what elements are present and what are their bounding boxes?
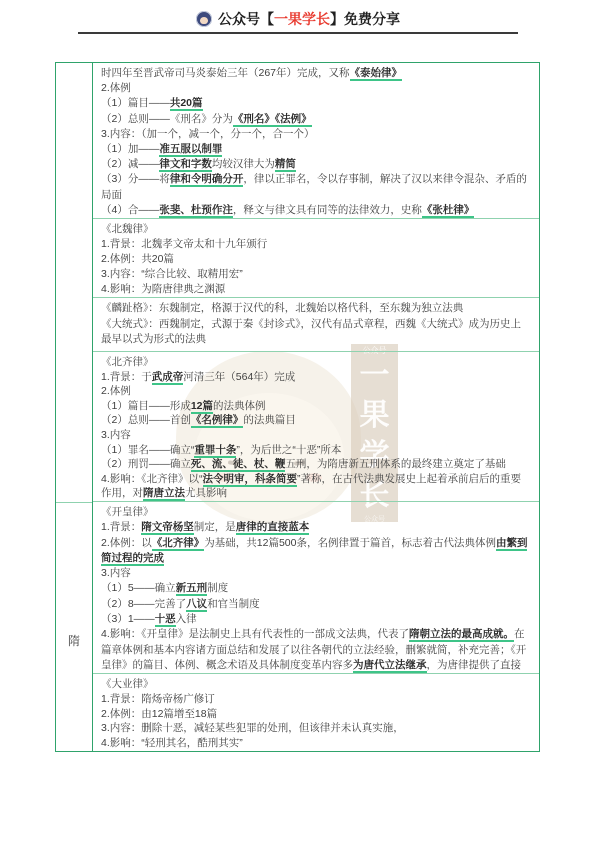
text-segment: 3.内容 [101,429,131,441]
text-line: （2）刑罚——确立死、流、徒、杖、鞭五刑，为隋唐新五刑体系的最终建立奠定了基础 [101,457,531,472]
text-segment: 4.影响：为隋唐律典之渊源 [101,283,225,295]
text-segment: （2）减—— [101,158,159,170]
key-term: 《北齐律》 [152,537,205,551]
key-term: 隋唐立法 [143,487,185,501]
text-segment: 《麟趾格》：东魏制定，格源于汉代的科，北魏始以格代科，至东魏为独立法典 [101,302,463,314]
text-line: 3.内容 [101,428,531,443]
text-line: （2）减——律文和字数均较汉律大为精简 [101,157,531,172]
text-line: （1）5——确立新五刑制度 [101,581,531,596]
dynasty-column: 隋 [56,63,93,751]
key-term: 武成帝 [152,371,184,385]
text-line: （3）分——将律和令明确分开，律以正罪名，令以存事制，解决了汉以来律令混杂、矛盾… [101,172,531,202]
text-line: 4.影响：为隋唐律典之渊源 [101,282,531,297]
key-term: 隋文帝杨坚 [141,521,194,535]
text-segment: 1.背景：隋炀帝杨广修订 [101,693,215,705]
text-segment: 2.体例 [101,82,131,94]
text-segment: （3）分——将 [101,173,170,185]
text-segment: 时四年至晋武帝司马炎泰始三年（267年）完成，又称 [101,67,350,79]
header-suffix: 】免费分享 [330,11,400,27]
table-row: 《大业律》1.背景：隋炀帝杨广修订2.体例：由12篇增至18篇3.内容：删除十恶… [93,674,539,751]
text-segment: （3）1—— [101,613,155,625]
key-term: 准五服以制罪 [159,143,222,157]
text-segment: （2）8——完善了 [101,598,186,610]
text-line: （4）合——张斐、杜预作注，释文与律文具有同等的法律效力，史称《张杜律》 [101,203,531,218]
text-line: 1.背景：于武成帝河清三年（564年）完成 [101,370,531,385]
key-term: 精简 [275,158,296,172]
key-term: 律文和字数 [159,158,212,172]
key-term: 十恶 [155,613,176,627]
text-segment: （2）总则——首创 [101,414,191,426]
text-segment: 为基础，共12篇500条，名例律置于篇首，标志着古代法典体例 [204,537,496,549]
text-line: （2）总则——《刑名》分为《刑名》《法例》 [101,112,531,127]
text-segment: 《北齐律》 [101,356,154,368]
text-segment: （2）刑罚——确立 [101,458,191,470]
text-line: 2.体例 [101,384,531,399]
dynasty-cell-empty [56,63,92,503]
header-brand: 一果学长 [274,11,330,27]
text-segment: 均较汉律大为 [212,158,275,170]
key-term: 隋朝立法的最高成就。 [409,628,514,642]
header-divider [78,32,518,34]
text-segment: （2）总则——《刑名》分为 [101,113,233,125]
text-line: 4.影响：《开皇律》是法制史上具有代表性的一部成文法典，代表了隋朝立法的最高成就… [101,627,531,674]
text-line: 3.内容：“综合比较、取精用宏” [101,267,531,282]
text-line: 2.体例 [101,81,531,96]
key-term: 《张杜律》 [422,204,475,218]
text-line: 《北魏律》 [101,222,531,237]
text-segment: 的法典体例 [213,400,266,412]
text-line: （1）加——准五服以制罪 [101,142,531,157]
text-segment: 五刑，为隋唐新五刑体系的最终建立奠定了基础 [285,458,506,470]
text-segment: （1）篇目—— [101,97,170,109]
text-segment: 制定，是 [194,521,236,533]
text-line: （1）罪名——确立“重罪十条”，为后世之“十恶”所本 [101,443,531,458]
text-line: 《开皇律》 [101,505,531,520]
text-line: 《北齐律》 [101,355,531,370]
text-segment: 2.体例 [101,385,131,397]
text-line: （2）总则——首创《名例律》的法典篇目 [101,413,531,428]
text-segment: 《大统式》：西魏制定，式源于秦《封诊式》，汉代有品式章程，西魏《大统式》成为历史… [101,318,521,346]
key-term: 《刑名》《法例》 [233,113,312,127]
text-segment: 3.内容：“综合比较、取精用宏” [101,268,243,280]
text-line: 4.影响：“轻刑其名，酷刑其实” [101,736,531,751]
text-segment: 4.影响：《北齐律》以“ [101,473,203,485]
text-line: 《大业律》 [101,677,531,692]
text-segment: ”，为后世之“十恶”所本 [236,444,341,456]
text-segment: 3.内容：（加一个，减一个，分一个，合一个） [101,128,315,140]
key-term: 死、流、徒、杖、鞭 [191,458,286,472]
page: 公众号【一果学长】免费分享 公众号 一果学长 公众号 隋 [0,0,596,842]
table-main-column: 时四年至晋武帝司马炎泰始三年（267年）完成，又称《泰始律》2.体例（1）篇目—… [93,63,539,751]
text-segment: 和官当制度 [207,598,260,610]
page-header: 公众号【一果学长】免费分享 [0,9,596,29]
text-segment: 1.背景： [101,521,141,533]
text-segment: 3.内容 [101,567,131,579]
text-segment: 《北魏律》 [101,223,154,235]
table-row: 时四年至晋武帝司马炎泰始三年（267年）完成，又称《泰始律》2.体例（1）篇目—… [93,63,539,219]
text-line: 3.内容：（加一个，减一个，分一个，合一个） [101,127,531,142]
text-segment: （1）5——确立 [101,582,176,594]
text-segment: 河清三年（564年）完成 [183,371,295,383]
key-term: 新五刑 [176,582,208,596]
table-row: 《北齐律》1.背景：于武成帝河清三年（564年）完成2.体例（1）篇目——形成1… [93,352,539,502]
text-segment: 1.背景：北魏孝文帝太和十九年颁行 [101,238,267,250]
text-line: 《麟趾格》：东魏制定，格源于汉代的科，北魏始以格代科，至东魏为独立法典 [101,301,531,317]
table-row: 《开皇律》1.背景：隋文帝杨坚制定，是唐律的直接蓝本2.体例：以《北齐律》为基础… [93,502,539,674]
text-segment: （1）罪名——确立“ [101,444,194,456]
text-segment: 4.影响：“轻刑其名，酷刑其实” [101,737,243,749]
text-segment: 入律 [176,613,197,625]
text-segment: 4.影响：《开皇律》是法制史上具有代表性的一部成文法典，代表了 [101,628,409,640]
text-line: 《大统式》：西魏制定，式源于秦《封诊式》，汉代有品式章程，西魏《大统式》成为历史… [101,317,531,348]
text-line: 3.内容：删除十恶，减轻某些犯罪的处刑，但该律并未认真实施， [101,721,531,736]
text-segment: （1）加—— [101,143,159,155]
key-term: 律和令明确分开 [170,173,244,187]
text-line: 1.背景：隋炀帝杨广修订 [101,692,531,707]
notes-table: 公众号 一果学长 公众号 隋 时四年至晋武帝司马炎泰始三年（267年）完成，又称… [55,62,540,752]
text-segment: 尤具影响 [185,487,227,499]
key-term: 为唐代立法继承 [353,659,427,673]
header-prefix: 公众号【 [218,11,274,27]
text-line: 4.影响：《北齐律》以“法令明审，科条简要”著称，在古代法典发展史上起着承前启后… [101,472,531,501]
text-segment: 《开皇律》 [101,506,154,518]
header-title: 公众号【一果学长】免费分享 [218,9,400,29]
text-segment: 1.背景：于 [101,371,152,383]
dynasty-label: 隋 [68,632,80,649]
key-term: 法令明审，科条简要 [203,473,298,487]
text-segment: 2.体例：共20篇 [101,253,174,265]
text-segment: ，释文与律文具有同等的法律效力，史称 [233,204,422,216]
text-line: （2）8——完善了八议和官当制度 [101,597,531,612]
text-line: 时四年至晋武帝司马炎泰始三年（267年）完成，又称《泰始律》 [101,66,531,81]
text-segment: （1）篇目——形成 [101,400,191,412]
key-term: 《名例律》 [191,414,244,428]
text-segment: 的法典篇目 [243,414,296,426]
text-line: 3.内容 [101,566,531,581]
table-row: 《北魏律》1.背景：北魏孝文帝太和十九年颁行2.体例：共20篇3.内容：“综合比… [93,219,539,298]
wechat-avatar-icon [196,11,212,27]
text-line: 2.体例：共20篇 [101,252,531,267]
text-line: 1.背景：北魏孝文帝太和十九年颁行 [101,237,531,252]
text-line: 1.背景：隋文帝杨坚制定，是唐律的直接蓝本 [101,520,531,535]
text-segment: 制度 [207,582,228,594]
key-term: 共20篇 [170,97,203,111]
dynasty-cell-sui: 隋 [56,503,92,751]
key-term: 唐律的直接蓝本 [236,521,310,535]
key-term: 《泰始律》 [350,67,403,81]
text-line: 2.体例：以《北齐律》为基础，共12篇500条，名例律置于篇首，标志着古代法典体… [101,536,531,567]
text-line: （1）篇目——形成12篇的法典体例 [101,399,531,414]
table-row: 《麟趾格》：东魏制定，格源于汉代的科，北魏始以格代科，至东魏为独立法典《大统式》… [93,298,539,352]
text-line: 2.体例：由12篇增至18篇 [101,707,531,722]
text-segment: （4）合—— [101,204,159,216]
text-segment: 2.体例：以 [101,537,152,549]
text-line: （1）篇目——共20篇 [101,96,531,111]
text-line: （3）1——十恶入律 [101,612,531,627]
key-term: 重罪十条 [194,444,236,458]
key-term: 12篇 [191,400,213,414]
key-term: 张斐、杜预作注 [159,204,233,218]
text-segment: 2.体例：由12篇增至18篇 [101,708,217,720]
text-segment: 《大业律》 [101,678,154,690]
key-term: 八议 [186,598,207,612]
text-segment: 3.内容：删除十恶，减轻某些犯罪的处刑，但该律并未认真实施， [101,722,404,734]
